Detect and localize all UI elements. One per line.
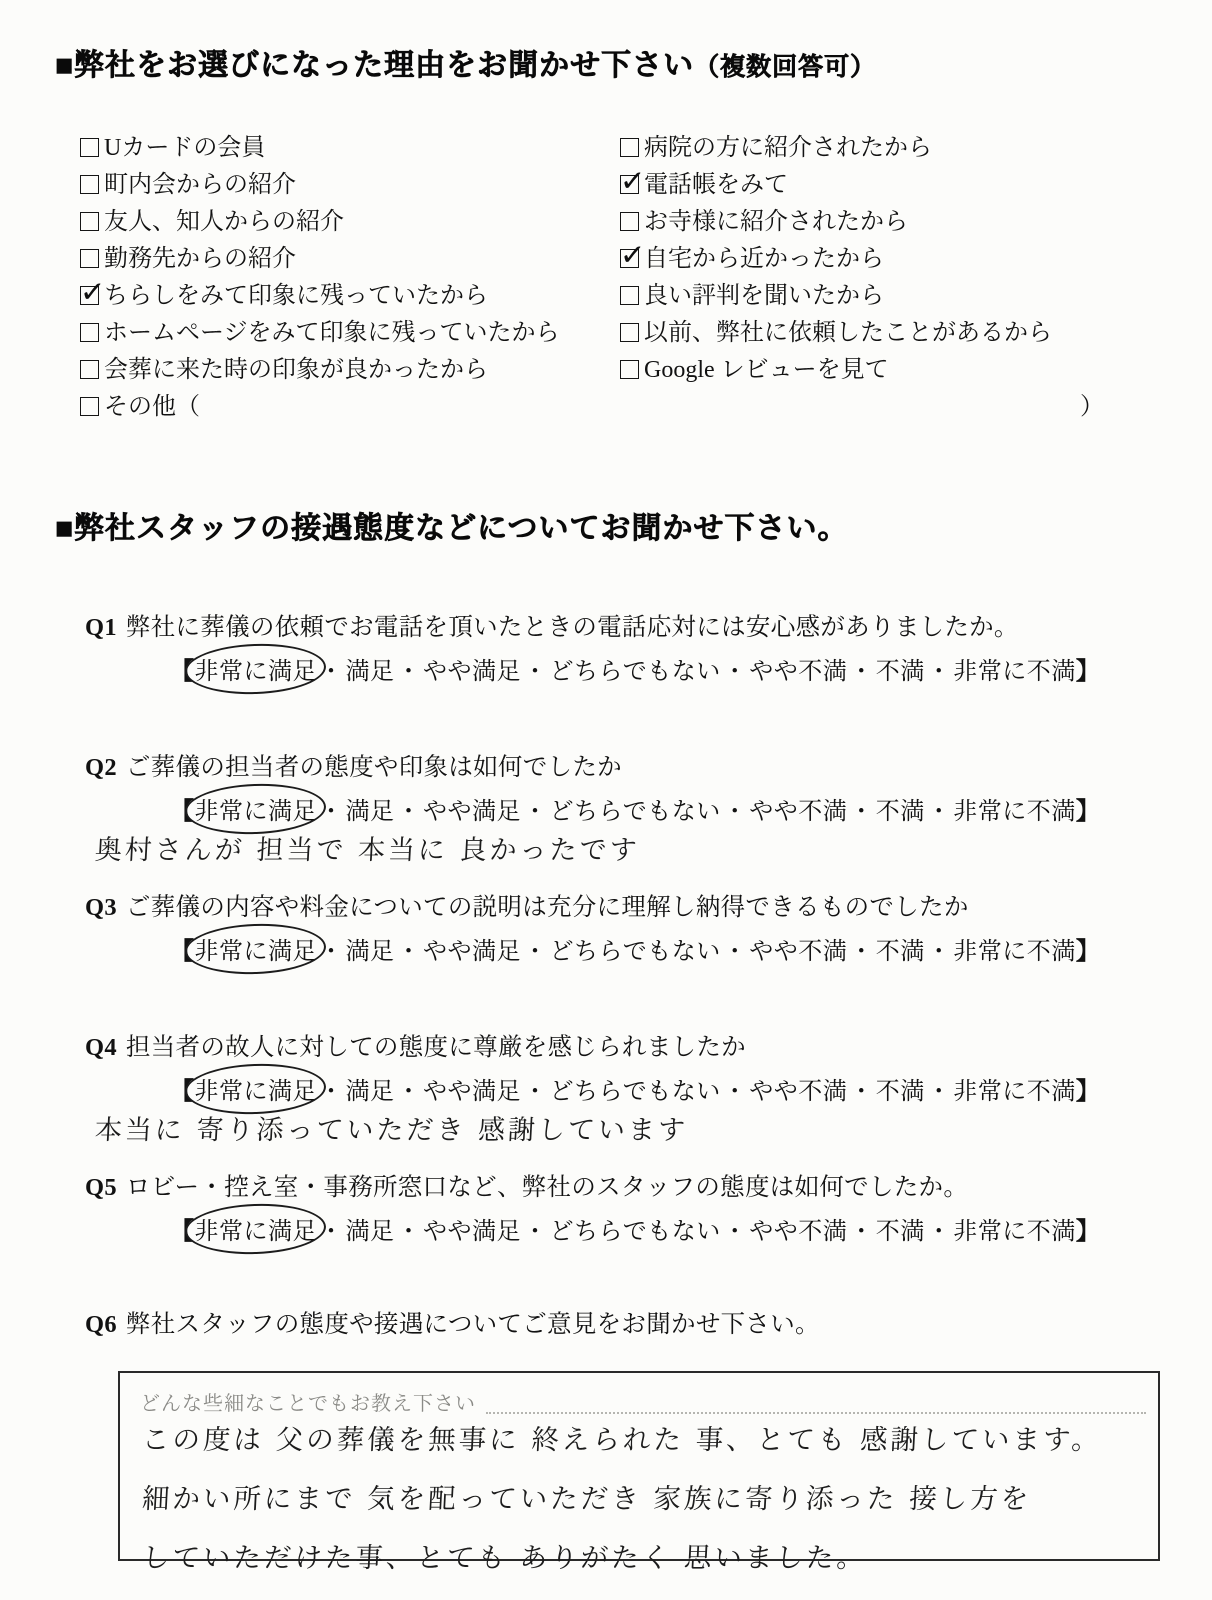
checkbox[interactable] [620,138,639,157]
scale-separator: ・ [319,659,344,685]
scale-separator: ・ [319,799,344,825]
question-number: Q2 [85,754,117,781]
question-text: ロビー・控え室・事務所窓口など、弊社のスタッフの態度は如何でしたか。 [126,1174,968,1201]
checkbox-option-row: Google レビューを見て [620,352,1180,389]
scale-separator: ・ [927,1219,952,1245]
question-number: Q6 [85,1311,117,1338]
scale-separator: ・ [319,1079,344,1105]
scale-close-bracket: 】 [1076,1079,1101,1105]
checkbox-option-row: お寺様に紹介されたから [620,204,1180,241]
question-line: Q1弊社に葬儀の依頼でお電話を頂いたときの電話応対には安心感がありましたか。 [85,608,1019,643]
scale-option[interactable]: やや満足 [423,799,521,825]
comment-line: この度は 父の葬儀を無事に 終えられた 事、とても 感謝しています。 [140,1411,1149,1470]
handwritten-note: 本当に 寄り添っていただき 感謝しています [94,1108,689,1147]
scale-separator: ・ [397,799,422,825]
checkbox[interactable] [80,175,99,194]
scale-option[interactable]: やや満足 [423,1219,521,1245]
checkbox-label: 会葬に来た時の印象が良かったから [104,357,488,383]
scale-option[interactable]: 満足 [346,1079,395,1105]
checkbox-label: 以前、弊社に依頼したことがあるから [644,320,1052,346]
scale-open-bracket: 【 [170,1079,195,1105]
scale-option[interactable]: 非常に不満 [953,1079,1076,1105]
question-number: Q4 [85,1034,117,1061]
scale-open-bracket: 【 [170,939,195,965]
scale-separator: ・ [397,1079,422,1105]
question-block: Q4担当者の故人に対しての態度に尊厳を感じられましたか 【非常に満足・満足・やや… [85,1028,1155,1168]
checkbox-label: お寺様に紹介されたから [644,209,908,235]
scale-option[interactable]: 不満 [876,799,925,825]
scale-separator: ・ [319,939,344,965]
checkbox-label: 自宅から近かったから [644,246,884,272]
checkbox[interactable] [80,138,99,157]
scale-separator: ・ [849,659,874,685]
checkbox-label: 勤務先からの紹介 [104,246,296,272]
scale-option-circled[interactable]: 非常に満足 [195,931,318,966]
scale-option[interactable]: 満足 [346,799,395,825]
scale-option-circled[interactable]: 非常に満足 [195,651,318,686]
checkbox-label: 電話帳をみて [644,172,788,198]
checkbox-label: 病院の方に紹介されたから [644,135,932,161]
question-line: Q5ロビー・控え室・事務所窓口など、弊社のスタッフの態度は如何でしたか。 [85,1168,968,1203]
rating-scale: 【非常に満足・満足・やや満足・どちらでもない・やや不満・不満・非常に不満】 [170,651,1100,686]
scale-open-bracket: 【 [170,659,195,685]
checkbox-option-row: 自宅から近かったから [620,241,1180,278]
checkbox-label: 友人、知人からの紹介 [104,209,344,235]
checkbox-label: Google レビューを見て [644,357,889,383]
checkbox-option-row: 良い評判を聞いたから [620,278,1180,315]
scale-separator: ・ [849,1079,874,1105]
scale-separator: ・ [723,1079,748,1105]
scale-option[interactable]: 不満 [876,659,925,685]
checkbox[interactable] [80,286,99,305]
scale-option[interactable]: 非常に不満 [953,1219,1076,1245]
scale-option[interactable]: どちらでもない [550,1219,721,1245]
scale-separator: ・ [523,1219,548,1245]
scale-separator: ・ [723,659,748,685]
checkbox-option-row: その他（） [80,389,1120,426]
scale-separator: ・ [523,939,548,965]
question-block: Q5ロビー・控え室・事務所窓口など、弊社のスタッフの態度は如何でしたか。 【非常… [85,1168,1155,1308]
scale-option[interactable]: 非常に不満 [953,799,1076,825]
rating-scale: 【非常に満足・満足・やや満足・どちらでもない・やや不満・不満・非常に不満】 [170,1211,1100,1246]
scale-close-bracket: 】 [1076,939,1101,965]
scale-option[interactable]: 不満 [876,1079,925,1105]
question-text: 担当者の故人に対しての態度に尊厳を感じられましたか [126,1034,746,1061]
scale-separator: ・ [523,659,548,685]
question-text: ご葬儀の内容や料金についての説明は充分に理解し納得できるものでしたか [126,894,969,921]
scale-option[interactable]: どちらでもない [550,939,721,965]
question-list: Q1弊社に葬儀の依頼でお電話を頂いたときの電話応対には安心感がありましたか。 【… [85,608,1155,1308]
rating-scale: 【非常に満足・満足・やや満足・どちらでもない・やや不満・不満・非常に不満】 [170,931,1100,966]
scale-open-bracket: 【 [170,799,195,825]
scale-separator: ・ [723,939,748,965]
question-block: Q2ご葬儀の担当者の態度や印象は如何でしたか 【非常に満足・満足・やや満足・どち… [85,748,1155,888]
checkbox-label: ちらしをみて印象に残っていたから [104,283,488,309]
checkbox-label: 町内会からの紹介 [104,172,296,198]
comment-handwritten-text: この度は 父の葬儀を無事に 終えられた 事、とても 感謝しています。 細かい所に… [142,1411,1148,1588]
scale-separator: ・ [523,799,548,825]
scale-option[interactable]: 満足 [346,1219,395,1245]
checkbox[interactable] [80,397,99,416]
checkbox[interactable] [620,175,639,194]
scale-option[interactable]: やや不満 [749,1079,847,1105]
reason-options-right-column: 病院の方に紹介されたから 電話帳をみて お寺様に紹介されたから 自宅から近かった… [620,130,1180,389]
checkbox-option-row: 電話帳をみて [620,167,1180,204]
scale-option[interactable]: 非常に不満 [953,939,1076,965]
scale-separator: ・ [523,1079,548,1105]
question-number: Q3 [85,894,117,921]
scale-close-bracket: 】 [1076,799,1101,825]
checkbox-label: ホームページをみて印象に残っていたから [104,320,560,346]
question-line: Q3ご葬儀の内容や料金についての説明は充分に理解し納得できるものでしたか [85,888,969,923]
scale-separator: ・ [723,799,748,825]
question-block: Q1弊社に葬儀の依頼でお電話を頂いたときの電話応対には安心感がありましたか。 【… [85,608,1155,748]
scale-option[interactable]: どちらでもない [550,1079,721,1105]
scale-separator: ・ [927,659,952,685]
scale-option[interactable]: どちらでもない [550,799,721,825]
heading-reason-note: （複数回答可） [694,53,876,81]
scale-separator: ・ [397,1219,422,1245]
scale-option[interactable]: やや不満 [749,659,847,685]
scale-option[interactable]: 非常に不満 [953,659,1076,685]
question-block: Q3ご葬儀の内容や料金についての説明は充分に理解し納得できるものでしたか 【非常… [85,888,1155,1028]
checkbox-label: Uカードの会員 [104,135,265,161]
checkbox-option-row: 以前、弊社に依頼したことがあるから [620,315,1180,352]
checkbox[interactable] [80,249,99,268]
checkbox[interactable] [620,286,639,305]
scale-separator: ・ [397,659,422,685]
question-text: ご葬儀の担当者の態度や印象は如何でしたか [126,754,622,781]
scale-option[interactable]: 不満 [876,1219,925,1245]
checkbox[interactable] [80,360,99,379]
checkbox[interactable] [620,249,639,268]
rating-scale: 【非常に満足・満足・やや満足・どちらでもない・やや不満・不満・非常に不満】 [170,1071,1100,1106]
comment-line: していただけた事、とても ありがたく 思いました。 [140,1529,1149,1588]
scale-separator: ・ [927,799,952,825]
section-heading-staff: ■弊社スタッフの接遇態度などについてお聞かせ下さい。 [55,503,849,547]
heading-reason-text: ■弊社をお選びになった理由をお聞かせ下さい [55,49,694,82]
survey-page: ■弊社をお選びになった理由をお聞かせ下さい（複数回答可） Uカードの会員 町内会… [0,0,1212,1600]
handwritten-note: 奥村さんが 担当で 本当に 良かったです [94,828,641,867]
scale-option[interactable]: やや満足 [423,1079,521,1105]
scale-option[interactable]: やや不満 [749,1219,847,1245]
scale-option[interactable]: 不満 [876,939,925,965]
scale-separator: ・ [319,1219,344,1245]
question-text: 弊社に葬儀の依頼でお電話を頂いたときの電話応対には安心感がありましたか。 [126,614,1019,641]
scale-option-circled[interactable]: 非常に満足 [195,1071,318,1106]
checkbox-label: その他（ [104,394,200,420]
question-line: Q2ご葬儀の担当者の態度や印象は如何でしたか [85,748,622,783]
comment-box[interactable]: どんな些細なことでもお教え下さい この度は 父の葬儀を無事に 終えられた 事、と… [118,1371,1160,1561]
checkbox[interactable] [80,323,99,342]
scale-separator: ・ [849,1219,874,1245]
scale-separator: ・ [927,1079,952,1105]
scale-separator: ・ [723,1219,748,1245]
scale-option[interactable]: やや満足 [423,939,521,965]
scale-option[interactable]: 満足 [346,939,395,965]
scale-option[interactable]: 満足 [346,659,395,685]
scale-close-bracket: 】 [1076,1219,1101,1245]
checkbox-label: 良い評判を聞いたから [644,283,884,309]
question-number: Q1 [85,614,117,641]
question-line: Q4担当者の故人に対しての態度に尊厳を感じられましたか [85,1028,746,1063]
scale-separator: ・ [927,939,952,965]
scale-option[interactable]: やや不満 [749,799,847,825]
scale-open-bracket: 【 [170,1219,195,1245]
section-heading-reason: ■弊社をお選びになった理由をお聞かせ下さい（複数回答可） [55,40,876,84]
question-q6: Q6弊社スタッフの態度や接遇についてご意見をお聞かせ下さい。 [85,1305,820,1340]
checkbox[interactable] [620,360,639,379]
checkbox[interactable] [80,212,99,231]
scale-close-bracket: 】 [1076,659,1101,685]
scale-option-circled[interactable]: 非常に満足 [195,791,318,826]
comment-line: 細かい所にまで 気を配っていただき 家族に寄り添った 接し方を [140,1470,1149,1529]
other-close-paren: ） [1080,389,1104,426]
question-text: 弊社スタッフの態度や接遇についてご意見をお聞かせ下さい。 [126,1311,820,1338]
checkbox-option-row: 病院の方に紹介されたから [620,130,1180,167]
checkbox[interactable] [620,323,639,342]
rating-scale: 【非常に満足・満足・やや満足・どちらでもない・やや不満・不満・非常に不満】 [170,791,1100,826]
question-number: Q5 [85,1174,117,1201]
scale-separator: ・ [397,939,422,965]
scale-option-circled[interactable]: 非常に満足 [195,1211,318,1246]
scale-option[interactable]: やや不満 [749,939,847,965]
scale-option[interactable]: やや満足 [423,659,521,685]
scale-option[interactable]: どちらでもない [550,659,721,685]
scale-separator: ・ [849,939,874,965]
scale-separator: ・ [849,799,874,825]
checkbox[interactable] [620,212,639,231]
